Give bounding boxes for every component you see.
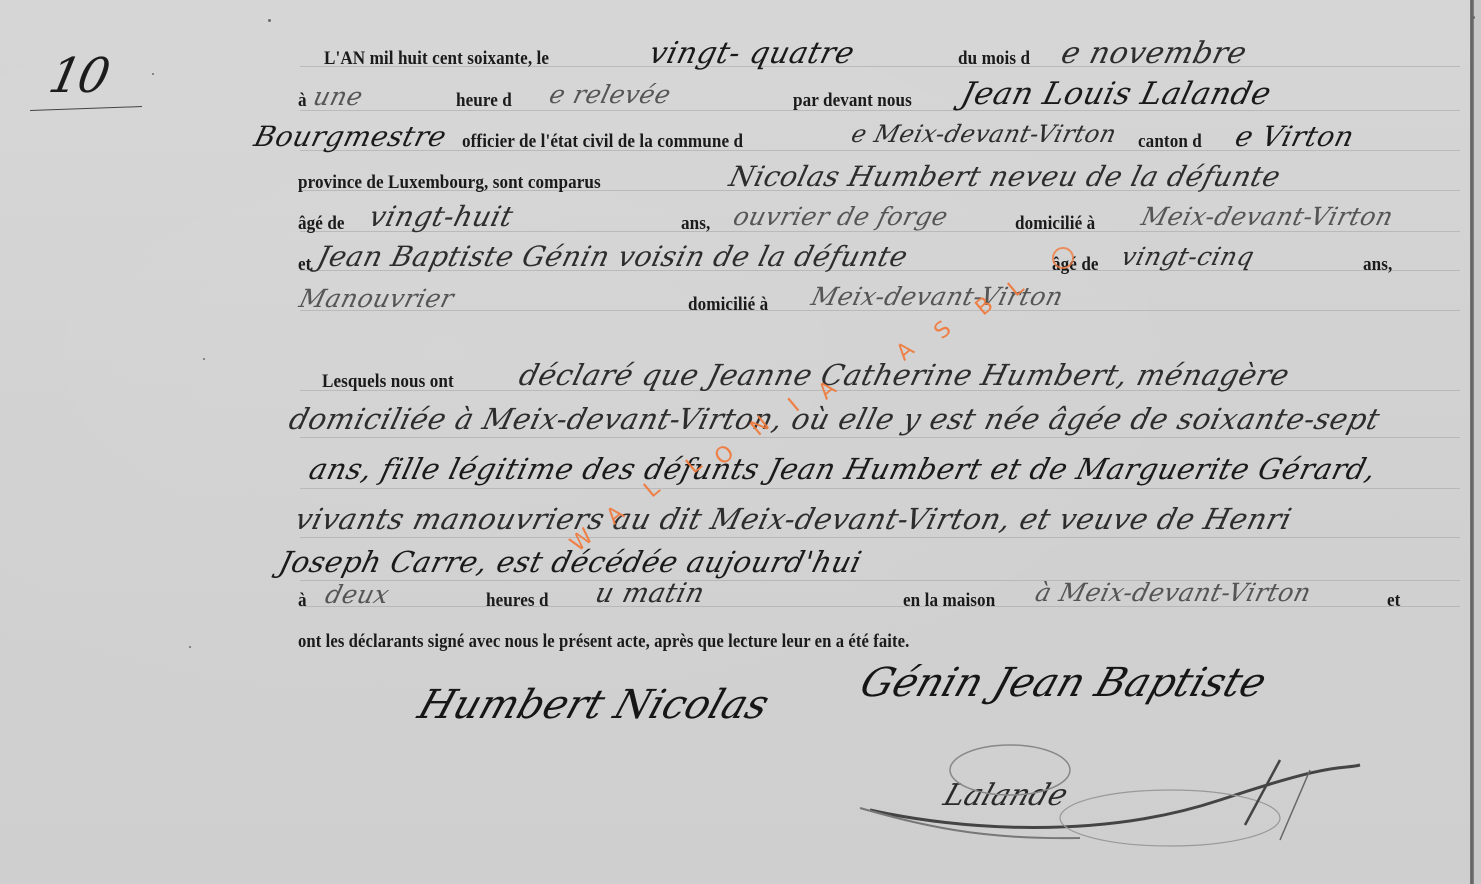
printed-and: et: [298, 254, 311, 276]
printed-before-us: par devant nous: [793, 90, 912, 112]
printed-age-label: âgé de: [298, 213, 345, 235]
hand-declarant-1-age: vingt-huit: [366, 200, 517, 233]
page-edge-shade: [1474, 0, 1481, 884]
ruled-line: [300, 488, 1460, 489]
hand-commune: e Meix-devant-Virton: [849, 120, 1120, 148]
hand-officer-title: Bourgmestre: [251, 120, 450, 153]
hand-declarant-1-occupation: ouvrier de forge: [730, 202, 951, 231]
paper-speck: [1472, 16, 1475, 19]
hand-declarant-1: Nicolas Humbert neveu de la défunte: [726, 160, 1284, 193]
ruled-line: [300, 537, 1460, 538]
hand-death-time: u matin: [592, 578, 708, 609]
hand-declarant-2-age: vingt-cinq: [1118, 242, 1257, 271]
printed-province-label: province de Luxembourg, sont comparus: [298, 172, 601, 194]
hand-declarant-2-occupation: Manouvrier: [296, 284, 457, 313]
printed-closing: ont les déclarants signé avec nous le pr…: [298, 632, 909, 653]
hand-death-place: à Meix-devant-Virton: [1032, 578, 1314, 607]
signature-humbert-nicolas: Humbert Nicolas: [413, 682, 775, 728]
signature-flourish: [840, 730, 1380, 870]
hand-declarant-2-residence: Meix-devant-Virton: [808, 282, 1066, 311]
entry-number-underline: [30, 106, 142, 111]
entry-number: 10: [44, 48, 113, 104]
watermark-stamp-icon: [1052, 247, 1074, 269]
paper-speck: [189, 646, 191, 648]
hand-deceased-date: Joseph Carre, est décédée aujourd'hui: [276, 545, 866, 579]
hand-officer-name: Jean Louis Lalande: [958, 76, 1276, 112]
hand-deceased-residence: domiciliée à Meix-devant-Virton, où elle…: [286, 402, 1384, 436]
printed-hour-label: heure d: [456, 90, 512, 112]
printed-year-intro: L'AN mil huit cent soixante, le: [324, 48, 549, 70]
hand-death-hour: deux: [322, 580, 392, 609]
hand-declarant-1-residence: Meix-devant-Virton: [1138, 202, 1396, 231]
hand-hour: une: [310, 82, 366, 111]
ruled-line: [300, 437, 1460, 438]
hand-deceased-parents: ans, fille légitime des défunts Jean Hum…: [306, 452, 1380, 486]
printed-at-2: à: [298, 590, 307, 612]
hand-deceased-widow: vivants manouvriers au dit Meix-devant-V…: [292, 502, 1296, 536]
signature-genin-jean-baptiste: Génin Jean Baptiste: [855, 660, 1273, 706]
paper-speck: [152, 73, 154, 75]
hand-day: vingt- quatre: [646, 36, 859, 71]
document-page: 10 L'AN mil huit cent soixante, le vingt…: [0, 0, 1481, 884]
printed-house-label: en la maison: [903, 590, 995, 612]
printed-at: à: [298, 90, 307, 112]
printed-declared-label: Lesquels nous ont: [322, 371, 454, 393]
paper-speck: [203, 358, 205, 360]
printed-canton-label: canton d: [1138, 131, 1202, 153]
hand-canton: e Virton: [1232, 120, 1358, 153]
printed-residence-label: domicilié à: [1015, 213, 1095, 235]
printed-hours-label: heures d: [486, 590, 549, 612]
printed-residence-label-2: domicilié à: [688, 294, 768, 316]
watermark-letter: S: [930, 316, 957, 344]
paper-speck: [268, 19, 271, 22]
printed-years-label: ans,: [681, 213, 710, 235]
printed-and-2: et: [1387, 590, 1400, 612]
hand-time-of-day: e relevée: [546, 80, 674, 109]
printed-month-label: du mois d: [958, 48, 1030, 70]
printed-officer-label: officier de l'état civil de la commune d: [462, 131, 743, 153]
hand-declarant-2: Jean Baptiste Génin voisin de la défunte: [314, 240, 912, 273]
printed-years-label-2: ans,: [1363, 254, 1392, 276]
hand-month: e novembre: [1058, 36, 1251, 71]
